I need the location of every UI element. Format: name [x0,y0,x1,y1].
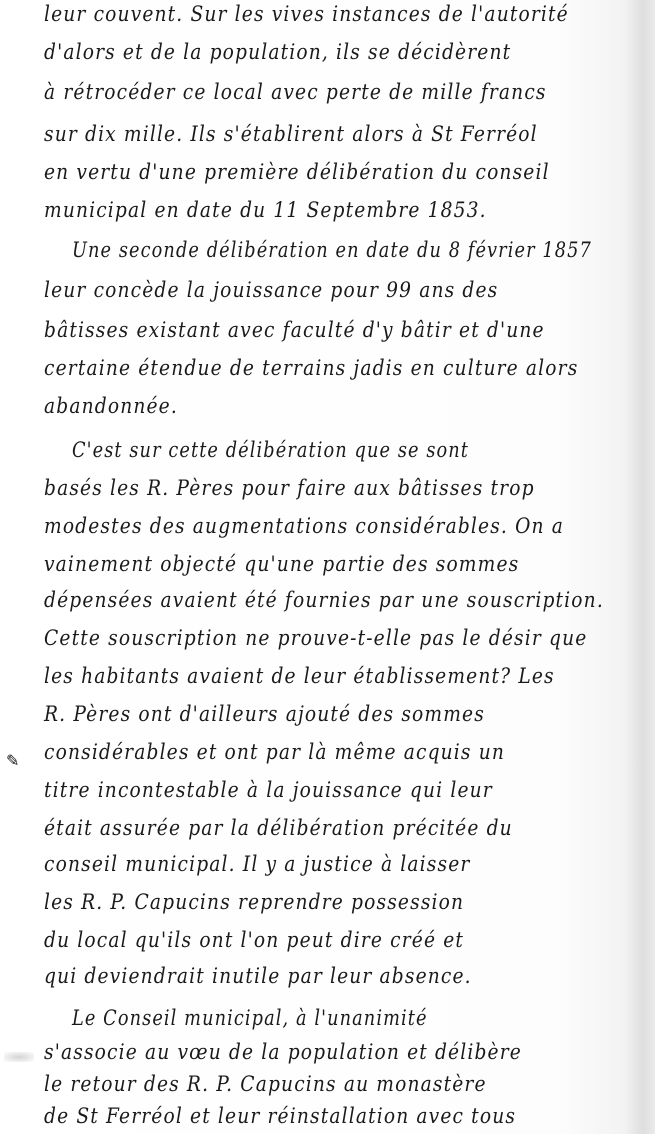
manuscript-line: qui deviendrait inutile par leur absence… [44,964,612,988]
manuscript-line: basés les R. Pères pour faire aux bâtiss… [44,476,612,500]
manuscript-line: leur concède la jouissance pour 99 ans d… [44,278,612,302]
manuscript-line: en vertu d'une première délibération du … [44,160,612,184]
manuscript-line: du local qu'ils ont l'on peut dire créé … [44,928,612,952]
manuscript-line: certaine étendue de terrains jadis en cu… [44,356,612,380]
page-edge-shadow [625,0,655,1134]
paper-stain [4,1052,34,1062]
manuscript-line: de St Ferréol et leur réinstallation ave… [44,1104,612,1128]
manuscript-line: dépensées avaient été fournies par une s… [44,588,612,612]
manuscript-line: municipal en date du 11 Septembre 1853. [44,198,612,222]
manuscript-line: s'associe au vœu de la population et dél… [44,1040,612,1064]
manuscript-line: était assurée par la délibération précit… [44,816,612,840]
manuscript-line: à rétrocéder ce local avec perte de mill… [44,80,612,104]
manuscript-line: les habitants avaient de leur établissem… [44,664,612,688]
manuscript-line: Une seconde délibération en date du 8 fé… [72,238,612,262]
manuscript-line: titre incontestable à la jouissance qui … [44,778,612,802]
manuscript-line: bâtisses existant avec faculté d'y bâtir… [44,318,612,342]
manuscript-line: considérables et ont par là même acquis … [44,740,612,764]
manuscript-line: leur couvent. Sur les vives instances de… [44,2,612,26]
manuscript-line: R. Pères ont d'ailleurs ajouté des somme… [44,702,612,726]
manuscript-line: modestes des augmentations considérables… [44,514,612,538]
manuscript-line: C'est sur cette délibération que se sont [72,438,612,462]
manuscript-line: d'alors et de la population, ils se déci… [44,40,612,64]
manuscript-line: le retour des R. P. Capucins au monastèr… [44,1072,612,1096]
manuscript-line: conseil municipal. Il y a justice à lais… [44,852,612,876]
manuscript-line: vainement objecté qu'une partie des somm… [44,552,612,576]
manuscript-line: sur dix mille. Ils s'établirent alors à … [44,122,612,146]
manuscript-page: leur couvent. Sur les vives instances de… [0,0,655,1134]
manuscript-line: Le Conseil municipal, à l'unanimité [72,1006,612,1030]
manuscript-line: les R. P. Capucins reprendre possession [44,890,612,914]
manuscript-line: Cette souscription ne prouve-t-elle pas … [44,626,612,650]
manuscript-line: abandonnée. [44,394,612,418]
ink-blot-icon: ✎ [6,752,34,770]
